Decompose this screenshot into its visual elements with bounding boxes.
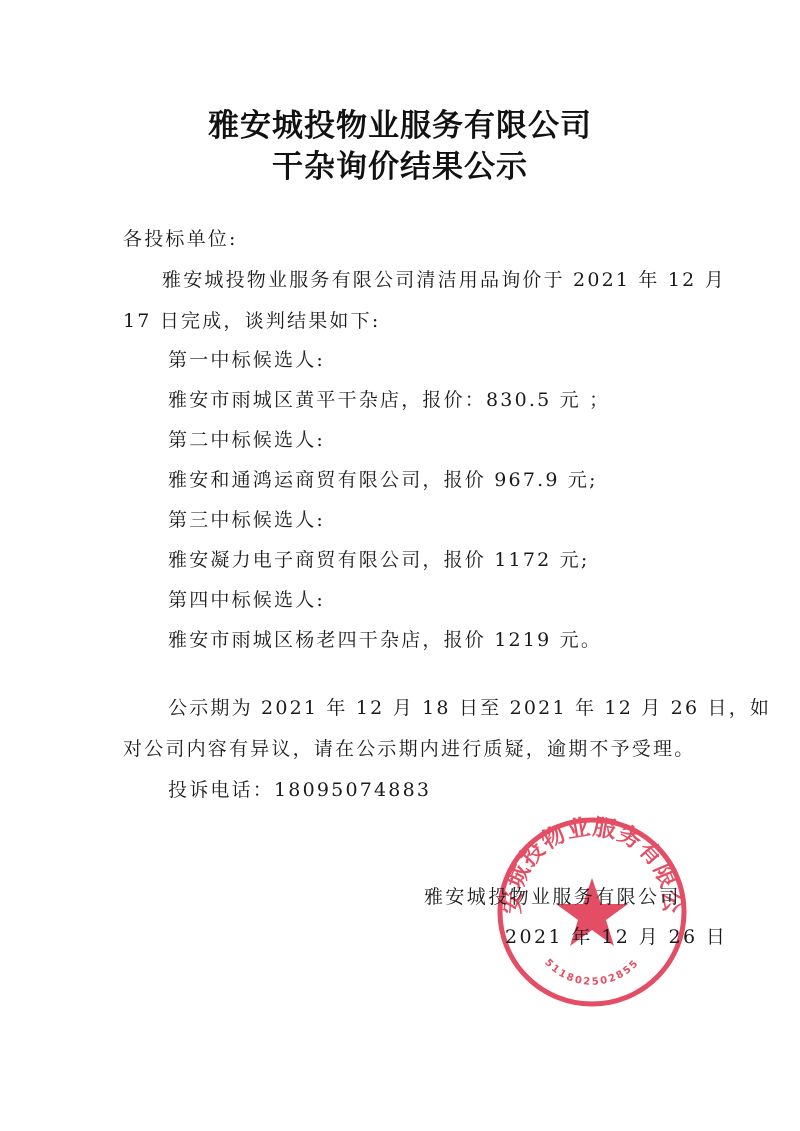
candidate-1-detail: 雅安市雨城区黄平干杂店，报价：830.5 元 ； xyxy=(168,385,610,412)
candidate-4-rank: 第四中标候选人: xyxy=(168,585,325,612)
complaint-phone: 投诉电话：18095074883 xyxy=(168,775,431,802)
intro-line-2: 17 日完成，谈判结果如下: xyxy=(123,306,380,333)
notice-line-1: 公示期为 2021 年 12 月 18 日至 2021 年 12 月 26 日，… xyxy=(168,693,771,720)
notice-line-2: 对公司内容有异议，请在公示期内进行质疑，逾期不予受理。 xyxy=(123,734,695,761)
candidate-4-detail: 雅安市雨城区杨老四干杂店，报价 1219 元。 xyxy=(168,625,602,652)
salutation: 各投标单位: xyxy=(123,224,238,251)
company-seal: 雅安城投物业服务有限公司 511802502855 xyxy=(492,812,692,1012)
seal-number: 511802502855 xyxy=(542,957,641,988)
document-title: 雅安城投物业服务有限公司 xyxy=(0,100,800,145)
candidate-2-rank: 第二中标候选人: xyxy=(168,425,325,452)
candidate-3-rank: 第三中标候选人: xyxy=(168,505,325,532)
candidate-2-detail: 雅安和通鸿运商贸有限公司，报价 967.9 元; xyxy=(168,465,598,492)
intro-line-1: 雅安城投物业服务有限公司清洁用品询价于 2021 年 12 月 xyxy=(162,265,726,292)
signature-date: 2021 年 12 月 26 日 xyxy=(505,922,727,949)
candidate-1-rank: 第一中标候选人: xyxy=(168,345,325,372)
candidate-3-detail: 雅安凝力电子商贸有限公司，报价 1172 元; xyxy=(168,545,589,572)
svg-text:511802502855: 511802502855 xyxy=(542,957,641,988)
signature-organization: 雅安城投物业服务有限公司 xyxy=(424,882,681,909)
document-subtitle: 干杂询价结果公示 xyxy=(0,141,800,186)
